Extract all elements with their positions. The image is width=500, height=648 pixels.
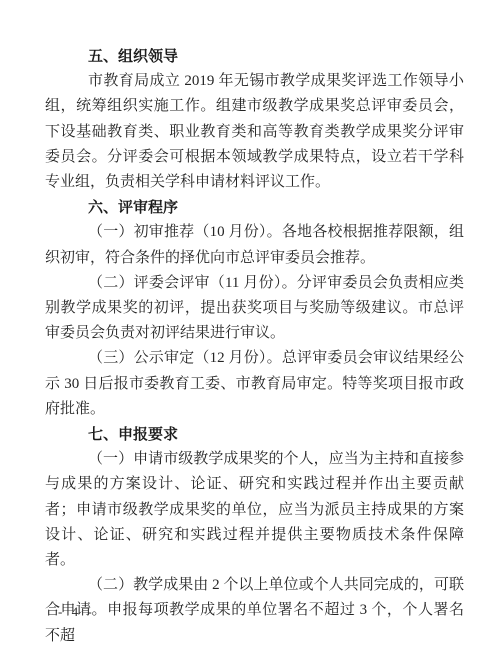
section-heading-application-requirements: 七、申报要求 [45,422,464,447]
paragraph-public-announcement-approval: （三）公示审定（12 月份）。总评审委员会审议结果经公示 30 日后报市委教育工… [45,346,464,422]
document-body: 五、组织领导 市教育局成立 2019 年无锡市教学成果奖评选工作领导小组，统筹组… [45,44,464,648]
paragraph-leadership-group: 市教育局成立 2019 年无锡市教学成果奖评选工作领导小组，统筹组织实施工作。组… [45,69,464,195]
section-heading-organizational-leadership: 五、组织领导 [45,44,464,69]
document-page: 五、组织领导 市教育局成立 2019 年无锡市教学成果奖评选工作领导小组，统筹组… [0,0,500,648]
paragraph-individual-unit-applicants: （一）申请市级教学成果奖的个人，应当为主持和直接参与成果的方案设计、论证、研究和… [45,447,464,573]
paragraph-joint-application: （二）教学成果由 2 个以上单位或个人共同完成的，可联合申请。申报每项教学成果的… [45,573,464,648]
page-number: - 4 - [58,604,95,620]
paragraph-committee-review: （二）评委会评审（11 月份）。分评审委员会负责相应类别教学成果奖的初评，提出获… [45,271,464,347]
section-heading-review-procedure: 六、评审程序 [45,195,464,220]
paragraph-initial-review-recommendation: （一）初审推荐（10 月份）。各地各校根据推荐限额，组织初审，符合条件的择优向市… [45,220,464,270]
